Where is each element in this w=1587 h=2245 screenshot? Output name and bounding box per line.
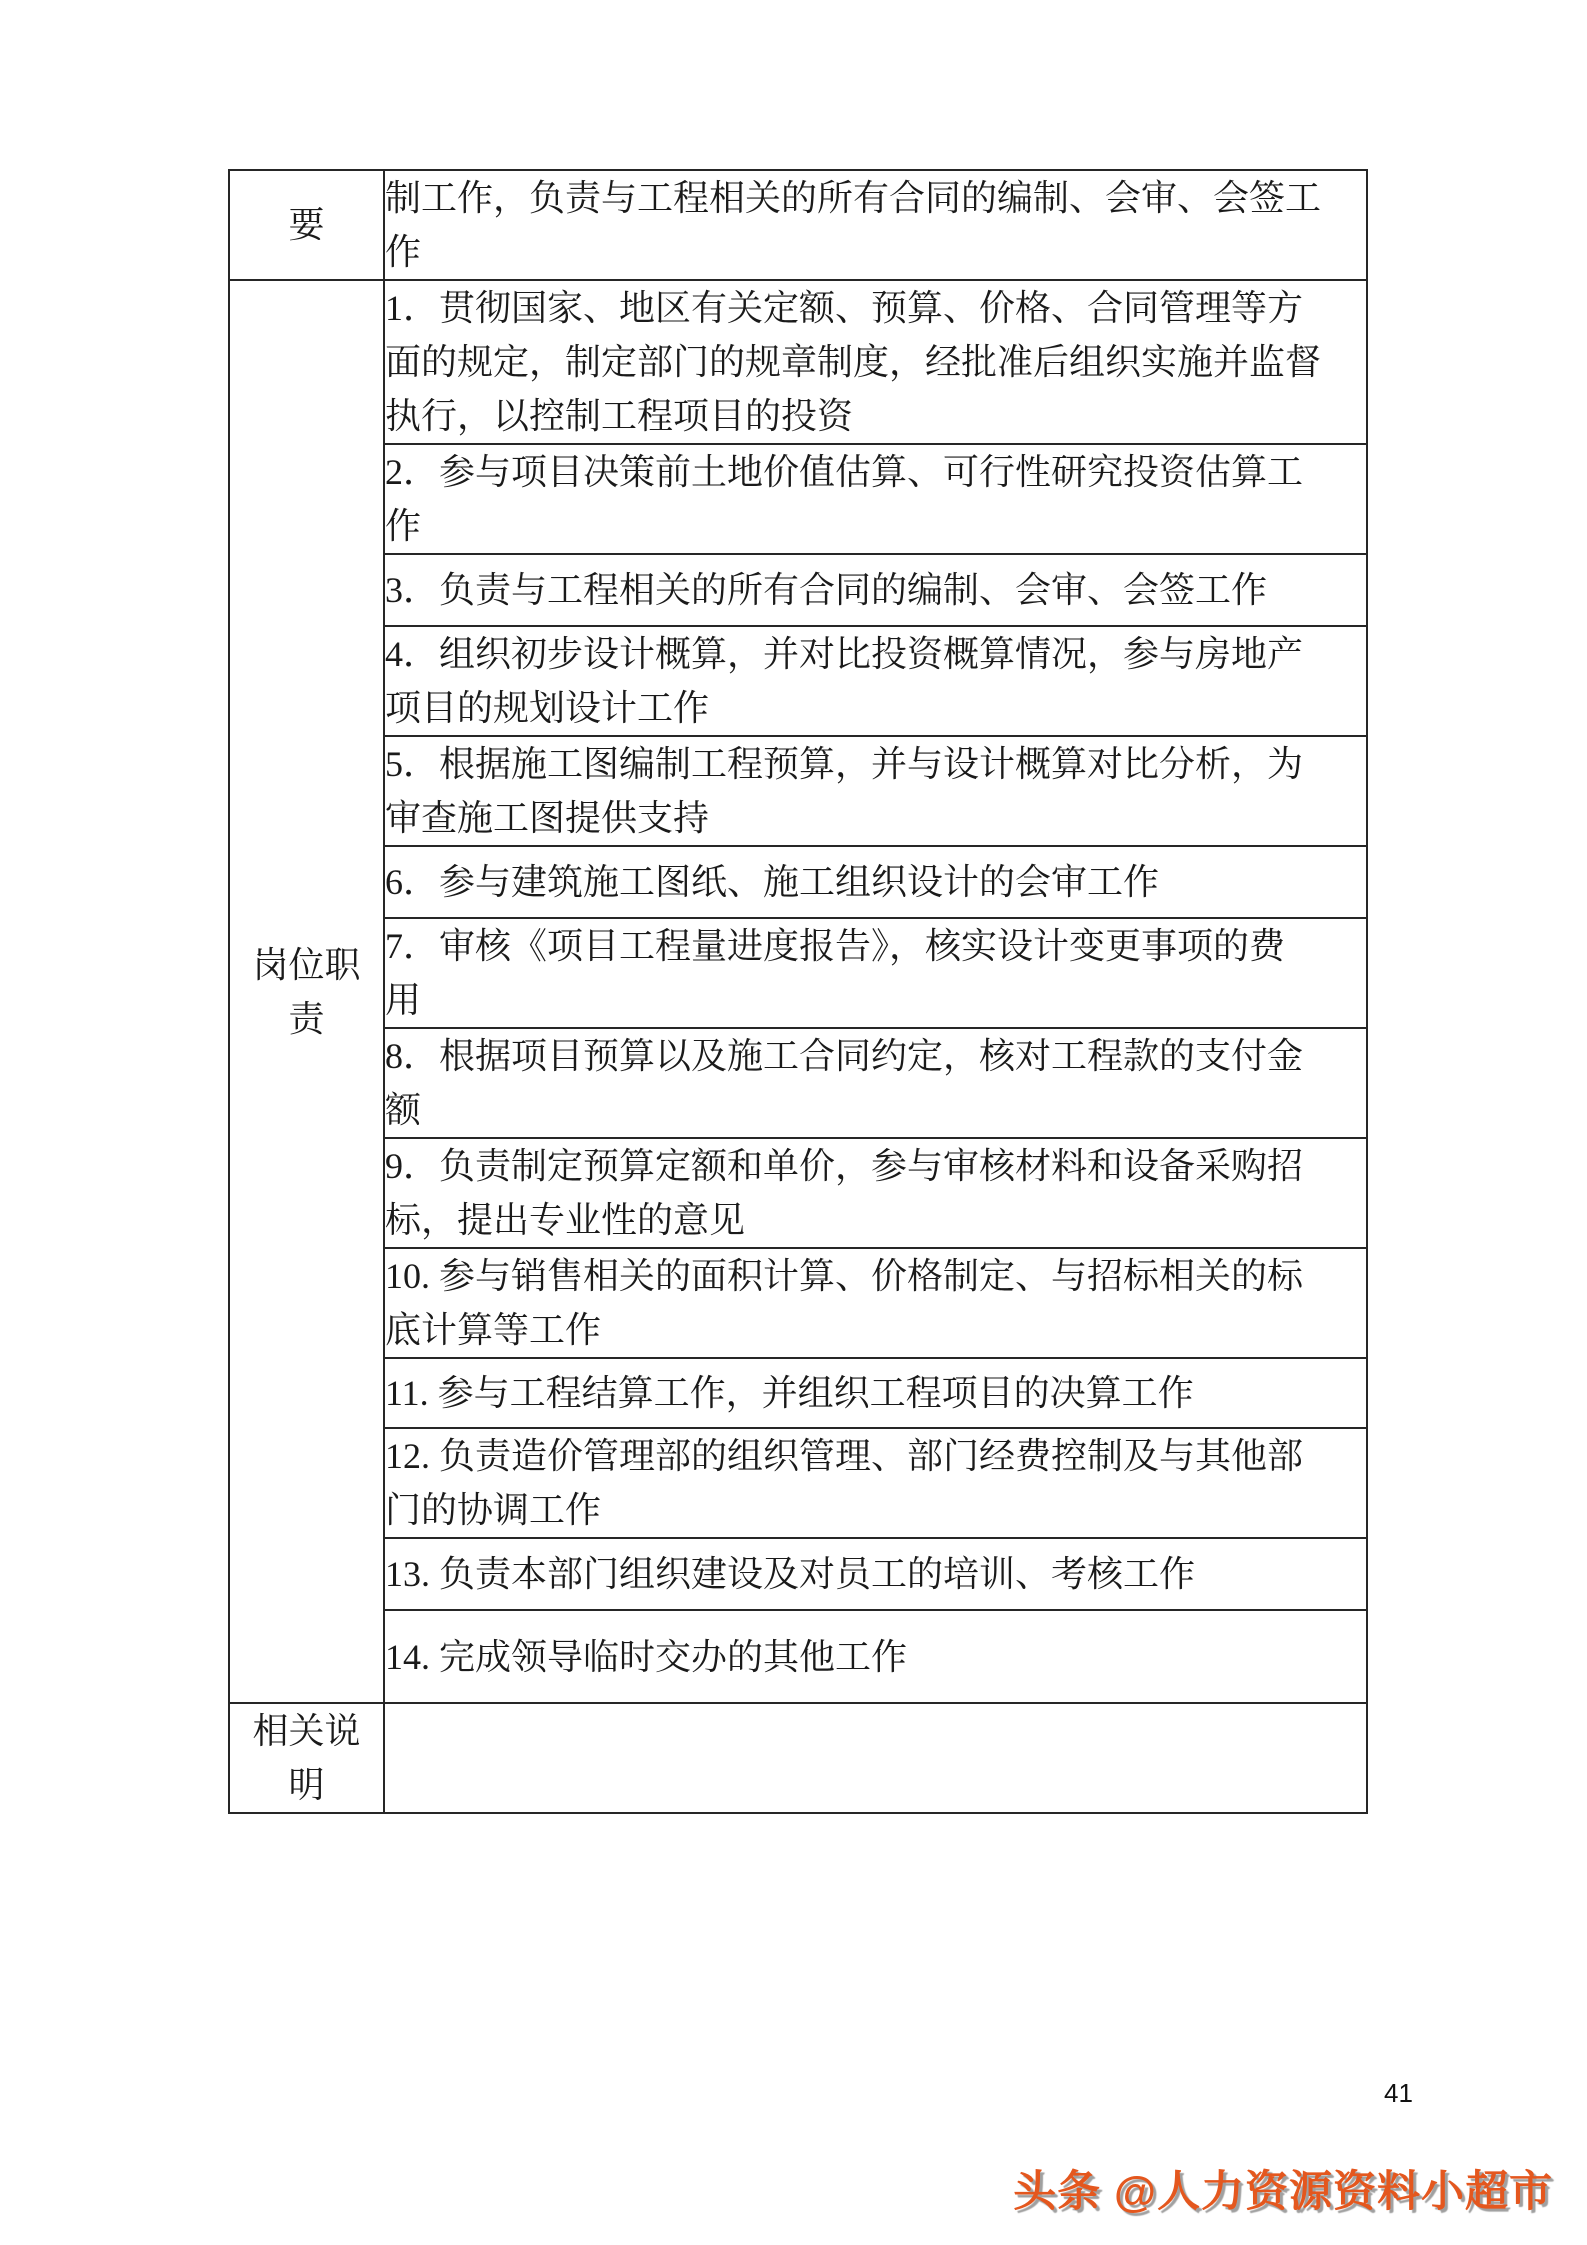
notes-row: 相关说明 — [229, 1703, 1367, 1813]
duty-cell-4: 4．组织初步设计概算，并对比投资概算情况，参与房地产 项目的规划设计工作 — [384, 626, 1367, 736]
duty-row-9: 9．负责制定预算定额和单价，参与审核材料和设备采购招 标，提出专业性的意见 — [229, 1138, 1367, 1248]
duty-cell-6: 6．参与建筑施工图纸、施工组织设计的会审工作 — [384, 846, 1367, 918]
duty-text-3: 3．负责与工程相关的所有合同的编制、会审、会签工作 — [385, 563, 1366, 617]
document-page: 要 制工作，负责与工程相关的所有合同的编制、会审、会签工 作 岗位职责 1．贯彻… — [0, 0, 1587, 2245]
duty-cell-10: 10. 参与销售相关的面积计算、价格制定、与招标相关的标 底计算等工作 — [384, 1248, 1367, 1358]
duty-row-4: 4．组织初步设计概算，并对比投资概算情况，参与房地产 项目的规划设计工作 — [229, 626, 1367, 736]
duty-cell-12: 12. 负责造价管理部的组织管理、部门经费控制及与其他部 门的协调工作 — [384, 1428, 1367, 1538]
duty-row-5: 5．根据施工图编制工程预算，并与设计概算对比分析，为 审查施工图提供支持 — [229, 736, 1367, 846]
duty-cell-1: 1．贯彻国家、地区有关定额、预算、价格、合同管理等方 面的规定，制定部门的规章制… — [384, 280, 1367, 444]
summary-continuation-row: 要 制工作，负责与工程相关的所有合同的编制、会审、会签工 作 — [229, 170, 1367, 280]
duty-row-12: 12. 负责造价管理部的组织管理、部门经费控制及与其他部 门的协调工作 — [229, 1428, 1367, 1538]
duty-text-1: 1．贯彻国家、地区有关定额、预算、价格、合同管理等方 面的规定，制定部门的规章制… — [385, 281, 1366, 443]
duties-label-cell: 岗位职责 — [229, 280, 384, 1703]
duty-row-14: 14. 完成领导临时交办的其他工作 — [229, 1610, 1367, 1703]
duty-text-13: 13. 负责本部门组织建设及对员工的培训、考核工作 — [385, 1547, 1366, 1601]
duty-row-7: 7．审核《项目工程量进度报告》，核实设计变更事项的费 用 — [229, 918, 1367, 1028]
duty-text-9: 9．负责制定预算定额和单价，参与审核材料和设备采购招 标，提出专业性的意见 — [385, 1139, 1366, 1247]
duty-text-2: 2．参与项目决策前土地价值估算、可行性研究投资估算工 作 — [385, 445, 1366, 553]
duty-cell-14: 14. 完成领导临时交办的其他工作 — [384, 1610, 1367, 1703]
duty-cell-5: 5．根据施工图编制工程预算，并与设计概算对比分析，为 审查施工图提供支持 — [384, 736, 1367, 846]
duty-cell-7: 7．审核《项目工程量进度报告》，核实设计变更事项的费 用 — [384, 918, 1367, 1028]
page-number: 41 — [1384, 2078, 1413, 2109]
duty-cell-2: 2．参与项目决策前土地价值估算、可行性研究投资估算工 作 — [384, 444, 1367, 554]
summary-row-label: 要 — [249, 198, 365, 252]
duty-text-14: 14. 完成领导临时交办的其他工作 — [385, 1630, 1366, 1684]
duties-label: 岗位职责 — [249, 938, 365, 1046]
duty-text-11: 11. 参与工程结算工作，并组织工程项目的决算工作 — [385, 1366, 1366, 1420]
job-description-table: 要 制工作，负责与工程相关的所有合同的编制、会审、会签工 作 岗位职责 1．贯彻… — [228, 169, 1368, 1814]
duty-row-6: 6．参与建筑施工图纸、施工组织设计的会审工作 — [229, 846, 1367, 918]
summary-row-label-cell: 要 — [229, 170, 384, 280]
watermark-text: 头条 @人力资源资料小超市 — [1013, 2158, 1553, 2219]
duty-cell-8: 8．根据项目预算以及施工合同约定，核对工程款的支付金 额 — [384, 1028, 1367, 1138]
duty-row-11: 11. 参与工程结算工作，并组织工程项目的决算工作 — [229, 1358, 1367, 1428]
notes-label: 相关说明 — [249, 1704, 365, 1812]
duty-row-8: 8．根据项目预算以及施工合同约定，核对工程款的支付金 额 — [229, 1028, 1367, 1138]
duty-cell-3: 3．负责与工程相关的所有合同的编制、会审、会签工作 — [384, 554, 1367, 626]
duty-row-10: 10. 参与销售相关的面积计算、价格制定、与招标相关的标 底计算等工作 — [229, 1248, 1367, 1358]
duty-text-4: 4．组织初步设计概算，并对比投资概算情况，参与房地产 项目的规划设计工作 — [385, 627, 1366, 735]
duty-cell-9: 9．负责制定预算定额和单价，参与审核材料和设备采购招 标，提出专业性的意见 — [384, 1138, 1367, 1248]
duty-text-10: 10. 参与销售相关的面积计算、价格制定、与招标相关的标 底计算等工作 — [385, 1249, 1366, 1357]
duty-text-7: 7．审核《项目工程量进度报告》，核实设计变更事项的费 用 — [385, 919, 1366, 1027]
summary-row-text: 制工作，负责与工程相关的所有合同的编制、会审、会签工 作 — [385, 171, 1366, 279]
duty-text-8: 8．根据项目预算以及施工合同约定，核对工程款的支付金 额 — [385, 1029, 1366, 1137]
notes-content-cell — [384, 1703, 1367, 1813]
notes-label-cell: 相关说明 — [229, 1703, 384, 1813]
duty-cell-13: 13. 负责本部门组织建设及对员工的培训、考核工作 — [384, 1538, 1367, 1610]
duty-row-13: 13. 负责本部门组织建设及对员工的培训、考核工作 — [229, 1538, 1367, 1610]
duty-row-2: 2．参与项目决策前土地价值估算、可行性研究投资估算工 作 — [229, 444, 1367, 554]
duty-row-3: 3．负责与工程相关的所有合同的编制、会审、会签工作 — [229, 554, 1367, 626]
summary-row-content-cell: 制工作，负责与工程相关的所有合同的编制、会审、会签工 作 — [384, 170, 1367, 280]
duty-row-1: 岗位职责 1．贯彻国家、地区有关定额、预算、价格、合同管理等方 面的规定，制定部… — [229, 280, 1367, 444]
duty-text-5: 5．根据施工图编制工程预算，并与设计概算对比分析，为 审查施工图提供支持 — [385, 737, 1366, 845]
duty-text-6: 6．参与建筑施工图纸、施工组织设计的会审工作 — [385, 855, 1366, 909]
duty-text-12: 12. 负责造价管理部的组织管理、部门经费控制及与其他部 门的协调工作 — [385, 1429, 1366, 1537]
duty-cell-11: 11. 参与工程结算工作，并组织工程项目的决算工作 — [384, 1358, 1367, 1428]
